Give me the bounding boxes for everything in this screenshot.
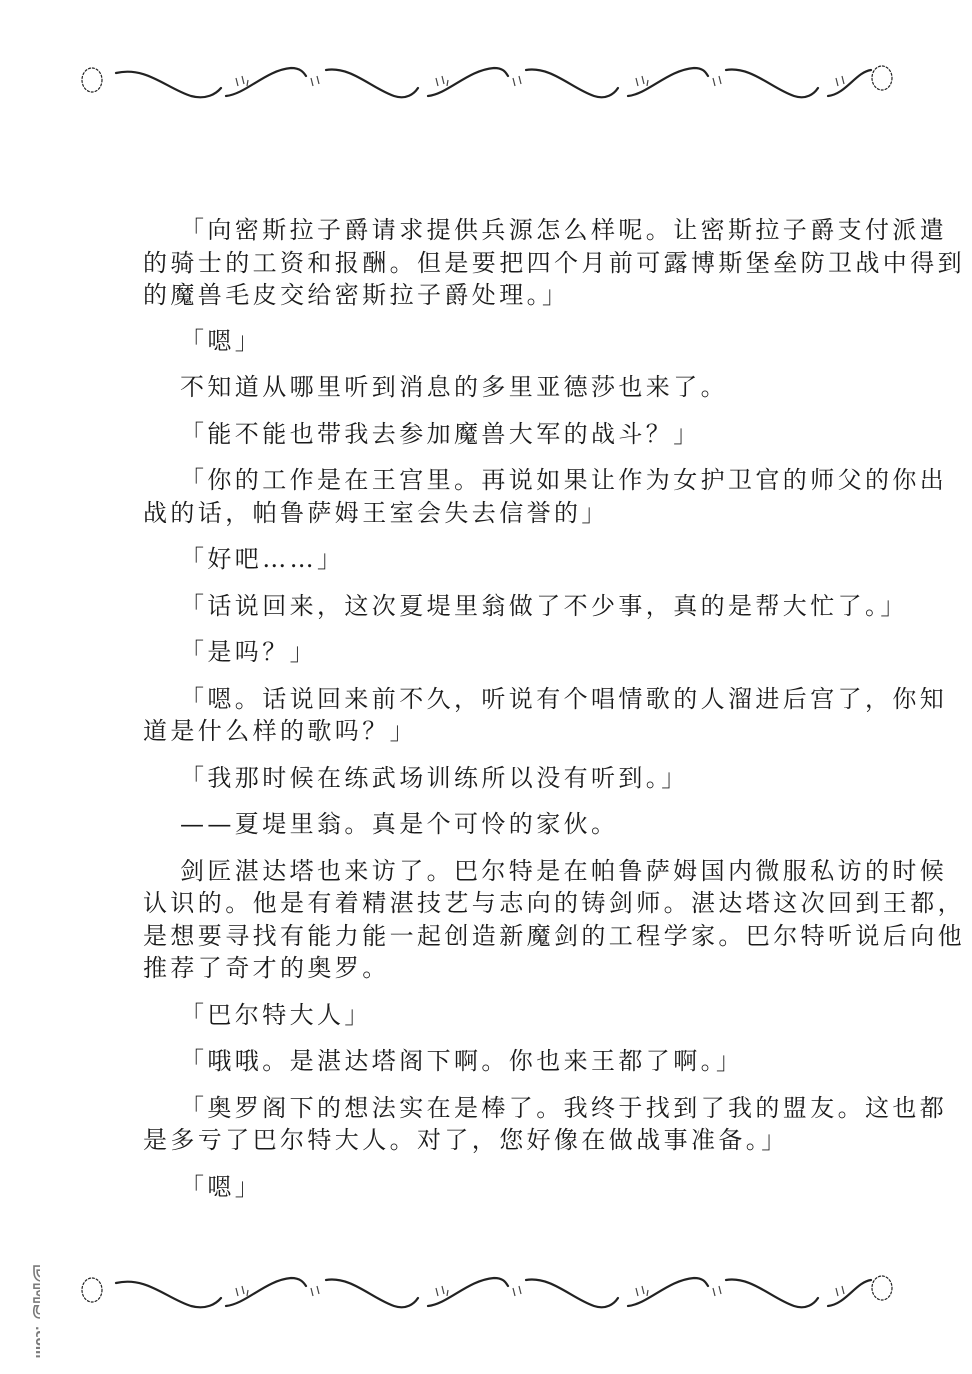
paragraph-13: 「巴尔特大人」 bbox=[143, 999, 843, 1032]
paragraph-8: 「是吗？」 bbox=[143, 636, 843, 669]
text-line: 「嗯。话说回来前不久，听说有个唱情歌的人溜进后宫了，你知 bbox=[143, 683, 843, 716]
text-line: 战的话，帕鲁萨姆王室会失去信誉的」 bbox=[143, 497, 843, 530]
text-line: 「哦哦。是湛达塔阁下啊。你也来王都了啊。」 bbox=[143, 1045, 843, 1078]
paragraph-12: 剑匠湛达塔也来访了。巴尔特是在帕鲁萨姆国内微服私访的时候 认识的。他是有着精湛技… bbox=[143, 855, 843, 985]
text-line: 「你的工作是在王宫里。再说如果让作为女护卫官的师父的你出 bbox=[143, 464, 843, 497]
text-line: 「向密斯拉子爵请求提供兵源怎么样呢。让密斯拉子爵支付派遣 bbox=[143, 214, 843, 247]
dm5-logo-icon: DM5 .com bbox=[12, 1262, 40, 1367]
novel-text-body: 「向密斯拉子爵请求提供兵源怎么样呢。让密斯拉子爵支付派遣 的骑士的工资和报酬。但… bbox=[143, 214, 843, 1217]
paragraph-6: 「好吧……」 bbox=[143, 543, 843, 576]
text-line: 是想要寻找有能力能一起创造新魔剑的工程学家。巴尔特听说后向他 bbox=[143, 920, 843, 953]
text-line: 「好吧……」 bbox=[143, 543, 843, 576]
text-line: 「能不能也带我去参加魔兽大军的战斗？」 bbox=[143, 418, 843, 451]
text-line: 剑匠湛达塔也来访了。巴尔特是在帕鲁萨姆国内微服私访的时候 bbox=[143, 855, 843, 888]
paragraph-1: 「向密斯拉子爵请求提供兵源怎么样呢。让密斯拉子爵支付派遣 的骑士的工资和报酬。但… bbox=[143, 214, 843, 312]
text-line: 的骑士的工资和报酬。但是要把四个月前可露博斯堡垒防卫战中得到 bbox=[143, 247, 843, 280]
text-line: 「我那时候在练武场训练所以没有听到。」 bbox=[143, 762, 843, 795]
text-line: 「话说回来，这次夏堤里翁做了不少事，真的是帮大忙了。」 bbox=[143, 590, 843, 623]
scroll-flourish-icon bbox=[76, 58, 896, 108]
text-line: 「巴尔特大人」 bbox=[143, 999, 843, 1032]
bottom-flourish-border bbox=[76, 1268, 896, 1318]
scroll-flourish-icon bbox=[76, 1268, 896, 1318]
text-line: 「是吗？」 bbox=[143, 636, 843, 669]
paragraph-11: ——夏堤里翁。真是个可怜的家伙。 bbox=[143, 808, 843, 841]
paragraph-14: 「哦哦。是湛达塔阁下啊。你也来王都了啊。」 bbox=[143, 1045, 843, 1078]
paragraph-10: 「我那时候在练武场训练所以没有听到。」 bbox=[143, 762, 843, 795]
paragraph-7: 「话说回来，这次夏堤里翁做了不少事，真的是帮大忙了。」 bbox=[143, 590, 843, 623]
text-line: 是多亏了巴尔特大人。对了，您好像在做战事准备。」 bbox=[143, 1124, 843, 1157]
paragraph-3: 不知道从哪里听到消息的多里亚德莎也来了。 bbox=[143, 371, 843, 404]
text-line: 「嗯」 bbox=[143, 325, 843, 358]
text-line: ——夏堤里翁。真是个可怜的家伙。 bbox=[143, 808, 843, 841]
paragraph-9: 「嗯。话说回来前不久，听说有个唱情歌的人溜进后宫了，你知 道是什么样的歌吗？」 bbox=[143, 683, 843, 748]
text-line: 的魔兽毛皮交给密斯拉子爵处理。」 bbox=[143, 279, 843, 312]
paragraph-5: 「你的工作是在王宫里。再说如果让作为女护卫官的师父的你出 战的话，帕鲁萨姆王室会… bbox=[143, 464, 843, 529]
text-line: 不知道从哪里听到消息的多里亚德莎也来了。 bbox=[143, 371, 843, 404]
paragraph-2: 「嗯」 bbox=[143, 325, 843, 358]
paragraph-16: 「嗯」 bbox=[143, 1171, 843, 1204]
text-line: 认识的。他是有着精湛技艺与志向的铸剑师。湛达塔这次回到王都， bbox=[143, 887, 843, 920]
text-line: 道是什么样的歌吗？」 bbox=[143, 715, 843, 748]
paragraph-15: 「奥罗阁下的想法实在是棒了。我终于找到了我的盟友。这也都 是多亏了巴尔特大人。对… bbox=[143, 1092, 843, 1157]
text-line: 推荐了奇才的奥罗。 bbox=[143, 952, 843, 985]
top-flourish-border bbox=[76, 58, 896, 108]
text-line: 「奥罗阁下的想法实在是棒了。我终于找到了我的盟友。这也都 bbox=[143, 1092, 843, 1125]
text-line: 「嗯」 bbox=[143, 1171, 843, 1204]
svg-text:.com: .com bbox=[33, 1326, 40, 1358]
svg-text:DM5: DM5 bbox=[28, 1264, 40, 1319]
paragraph-4: 「能不能也带我去参加魔兽大军的战斗？」 bbox=[143, 418, 843, 451]
dm5-watermark: DM5 .com bbox=[12, 1262, 40, 1367]
